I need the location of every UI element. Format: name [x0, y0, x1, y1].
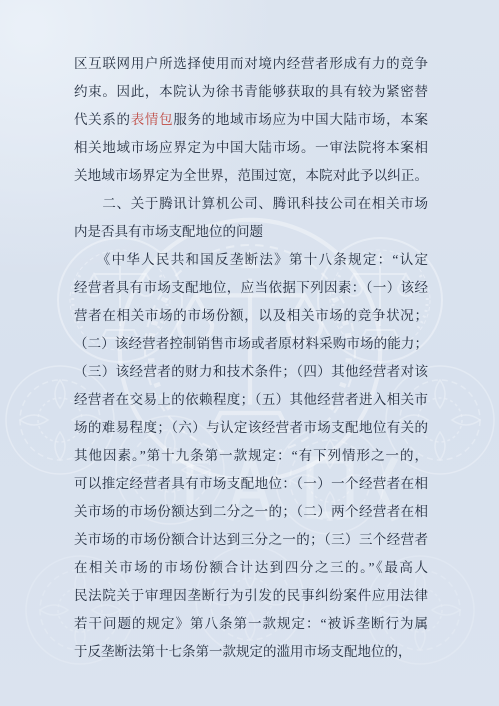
judgment-text-line: 约束。因此，本院认为徐书青能够获取的具有较为紧密替: [74, 78, 428, 106]
judgment-text-line: （二）该经营者控制销售市场或者原材料采购市场的能力；: [74, 330, 428, 358]
highlighted-term: 表情包: [131, 112, 174, 127]
judgment-text-line: 关市场的市场份额合计达到三分之一的；（三）三个经营者: [74, 526, 428, 554]
judgment-text-line: 经营者具有市场支配地位，应当依据下列因素：（一）该经: [74, 274, 428, 302]
judgment-text-line: 民法院关于审理因垄断行为引发的民事纠纷案件应用法律: [74, 582, 428, 610]
judgment-section-heading-line: 二、关于腾讯计算机公司、腾讯科技公司在相关市场: [74, 190, 428, 218]
judgment-text-column: 区互联网用户所选择使用而对境内经营者形成有力的竞争 约束。因此，本院认为徐书青能…: [74, 50, 428, 666]
judgment-section-heading-line: 内是否具有市场支配地位的问题: [74, 218, 428, 246]
judgment-text-line: （三）该经营者的财力和技术条件；（四）其他经营者对该: [74, 358, 428, 386]
judgment-text-line: 若干问题的规定》第八条第一款规定：“被诉垄断行为属: [74, 610, 428, 638]
judgment-text-line: 场的难易程度；（六）与认定该经营者市场支配地位有关的: [74, 414, 428, 442]
document-page: 区互联网用户所选择使用而对境内经营者形成有力的竞争 约束。因此，本院认为徐书青能…: [0, 0, 499, 706]
judgment-text-line: 在相关市场的市场份额合计达到四分之三的。”《最高人: [74, 554, 428, 582]
judgment-text-line: 《中华人民共和国反垄断法》第十八条规定：“认定: [74, 246, 428, 274]
judgment-text-line: 可以推定经营者具有市场支配地位：（一）一个经营者在相: [74, 470, 428, 498]
judgment-text-line: 关地域市场界定为全世界，范围过宽，本院对此予以纠正。: [74, 162, 428, 190]
judgment-text-line: 于反垄断法第十七条第一款规定的滥用市场支配地位的，: [74, 638, 428, 666]
judgment-text-line: 区互联网用户所选择使用而对境内经营者形成有力的竞争: [74, 50, 428, 78]
judgment-text-line: 经营者在交易上的依赖程度；（五）其他经营者进入相关市: [74, 386, 428, 414]
judgment-text-line: 其他因素。”第十九条第一款规定：“有下列情形之一的，: [74, 442, 428, 470]
text-segment: 代关系的: [74, 112, 131, 127]
judgment-text-line: 相关地域市场应界定为中国大陆市场。一审法院将本案相: [74, 134, 428, 162]
judgment-text-line: 关市场的市场份额达到二分之一的；（二）两个经营者在相: [74, 498, 428, 526]
judgment-text-line: 营者在相关市场的市场份额，以及相关市场的竞争状况；: [74, 302, 428, 330]
judgment-text-line: 代关系的表情包服务的地域市场应为中国大陆市场，本案: [74, 106, 428, 134]
text-segment: 服务的地域市场应为中国大陆市场，本案: [173, 112, 428, 127]
